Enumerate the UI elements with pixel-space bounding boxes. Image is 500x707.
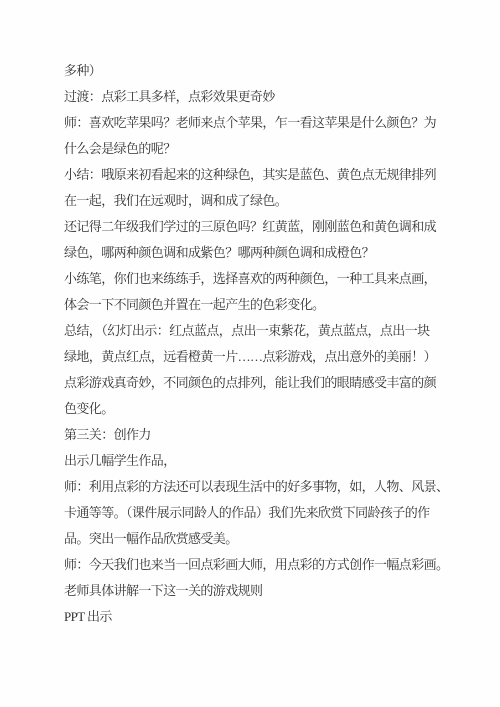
- text-line: 小练笔，你们也来练练手，选择喜欢的两种颜色，一种工具来点画，: [64, 266, 442, 292]
- text-line: 过渡：点彩工具多样，点彩效果更奇妙: [64, 84, 442, 110]
- document-page: 多种） 过渡：点彩工具多样，点彩效果更奇妙 师：喜欢吃苹果吗？老师来点个苹果，乍…: [0, 0, 500, 707]
- text-line: 师：今天我们也来当一回点彩画大师，用点彩的方式创作一幅点彩画。: [64, 552, 442, 578]
- text-line: 色变化。: [64, 396, 442, 422]
- text-line: 体会一下不同颜色并置在一起产生的色彩变化。: [64, 292, 442, 318]
- text-line: 总结，（幻灯出示：红点蓝点，点出一束紫花，黄点蓝点，点出一块: [64, 318, 442, 344]
- text-line: 小结：哦原来初看起来的这种绿色，其实是蓝色、黄色点无规律排列: [64, 162, 442, 188]
- text-line: 卡通等等。（课件展示同龄人的作品）我们先来欣赏下同龄孩子的作: [64, 500, 442, 526]
- text-block: 多种） 过渡：点彩工具多样，点彩效果更奇妙 师：喜欢吃苹果吗？老师来点个苹果，乍…: [64, 58, 442, 630]
- text-line: 出示几幅学生作品，: [64, 448, 442, 474]
- text-line: 什么会是绿色的呢？: [64, 136, 442, 162]
- text-line: 绿色，哪两种颜色调和成紫色？哪两种颜色调和成橙色？: [64, 240, 442, 266]
- text-line: 第三关：创作力: [64, 422, 442, 448]
- text-line: 还记得二年级我们学过的三原色吗？红黄蓝，刚刚蓝色和黄色调和成: [64, 214, 442, 240]
- text-line: 点彩游戏真奇妙，不同颜色的点排列，能让我们的眼睛感受丰富的颜: [64, 370, 442, 396]
- text-line: 在一起，我们在远观时，调和成了绿色。: [64, 188, 442, 214]
- text-line: 绿地，黄点红点，远看橙黄一片……点彩游戏，点出意外的美丽！）: [64, 344, 442, 370]
- text-line: 多种）: [64, 58, 442, 84]
- text-line: PPT 出示: [64, 604, 442, 630]
- text-line: 老师具体讲解一下这一关的游戏规则: [64, 578, 442, 604]
- text-line: 师：喜欢吃苹果吗？老师来点个苹果，乍一看这苹果是什么颜色？为: [64, 110, 442, 136]
- text-line: 师：利用点彩的方法还可以表现生活中的好多事物，如，人物、风景、: [64, 474, 442, 500]
- text-line: 品。突出一幅作品欣赏感受美。: [64, 526, 442, 552]
